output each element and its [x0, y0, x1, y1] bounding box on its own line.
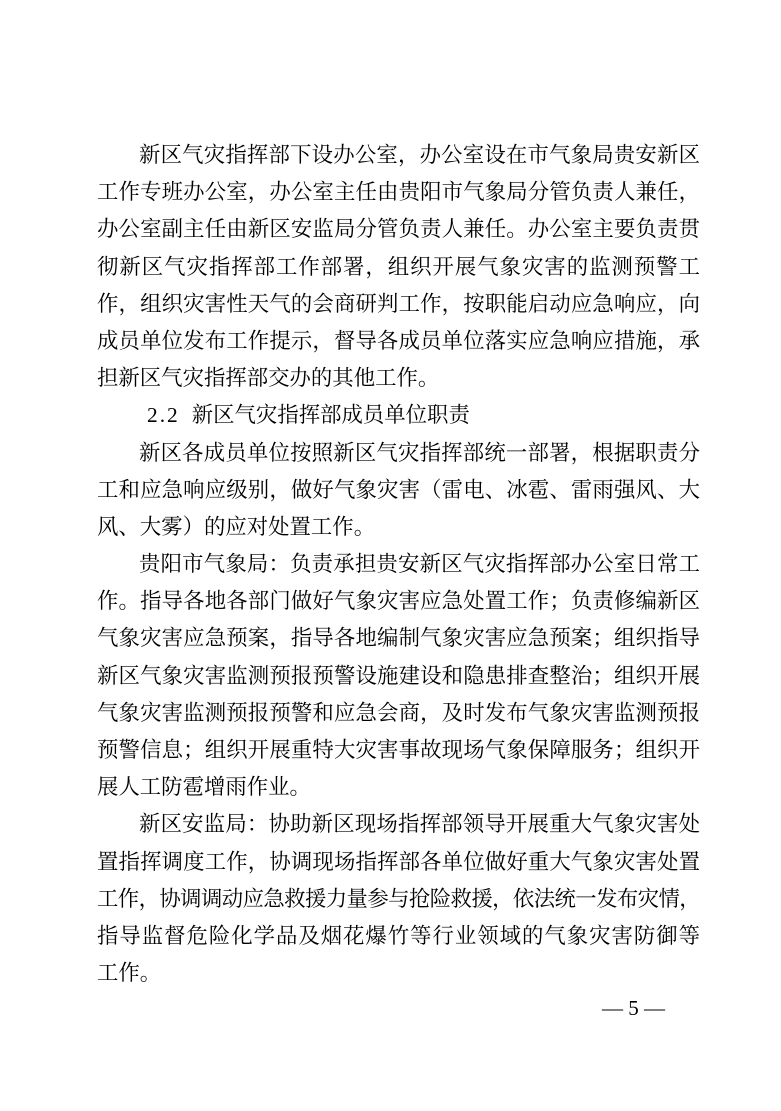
document-page: 新区气灾指挥部下设办公室，办公室设在市气象局贵安新区工作专班办公室，办公室主任由…: [0, 0, 781, 1111]
text-line: 作。指导各地各部门做好气象灾害应急处置工作；负责修编新区: [97, 583, 700, 620]
text-block: 新区气灾指挥部下设办公室，办公室设在市气象局贵安新区工作专班办公室，办公室主任由…: [97, 137, 700, 992]
heading-title: 新区气灾指挥部成员单位职责: [192, 403, 470, 427]
text-line: 置指挥调度工作，协调现场指挥部各单位做好重大气象灾害处置: [97, 844, 700, 881]
text-line: 新区气灾指挥部下设办公室，办公室设在市气象局贵安新区: [97, 137, 700, 174]
text-line: 风、大雾）的应对处置工作。: [97, 509, 700, 546]
text-line: 气象灾害监测预报预警和应急会商，及时发布气象灾害监测预报: [97, 695, 700, 732]
text-line: 担新区气灾指挥部交办的其他工作。: [97, 360, 700, 397]
text-line: 预警信息；组织开展重特大灾害事故现场气象保障服务；组织开: [97, 732, 700, 769]
text-line: 新区气象灾害监测预报预警设施建设和隐患排查整治；组织开展: [97, 658, 700, 695]
text-line: 工作专班办公室，办公室主任由贵阳市气象局分管负责人兼任，: [97, 174, 700, 211]
text-line: 工和应急响应级别，做好气象灾害（雷电、冰雹、雷雨强风、大: [97, 472, 700, 509]
text-line: 展人工防雹增雨作业。: [97, 769, 700, 806]
text-line: 气象灾害应急预案，指导各地编制气象灾害应急预案；组织指导: [97, 620, 700, 657]
text-line: 新区各成员单位按照新区气灾指挥部统一部署，根据职责分: [97, 435, 700, 472]
text-line: 彻新区气灾指挥部工作部署，组织开展气象灾害的监测预警工: [97, 249, 700, 286]
text-line: 办公室副主任由新区安监局分管负责人兼任。办公室主要负责贯: [97, 211, 700, 248]
text-line: 成员单位发布工作提示，督导各成员单位落实应急响应措施，承: [97, 323, 700, 360]
text-line: 贵阳市气象局：负责承担贵安新区气灾指挥部办公室日常工: [97, 546, 700, 583]
text-line: 作，组织灾害性天气的会商研判工作，按职能启动应急响应，向: [97, 286, 700, 323]
page-number: — 5 —: [602, 993, 665, 1023]
section-heading: 2.2新区气灾指挥部成员单位职责: [97, 397, 700, 434]
text-line: 新区安监局：协助新区现场指挥部领导开展重大气象灾害处: [97, 806, 700, 843]
text-line: 工作。: [97, 955, 700, 992]
text-line: 指导监督危险化学品及烟花爆竹等行业领域的气象灾害防御等: [97, 918, 700, 955]
heading-number: 2.2: [147, 403, 180, 427]
text-line: 工作，协调调动应急救援力量参与抢险救援，依法统一发布灾情，: [97, 881, 700, 918]
